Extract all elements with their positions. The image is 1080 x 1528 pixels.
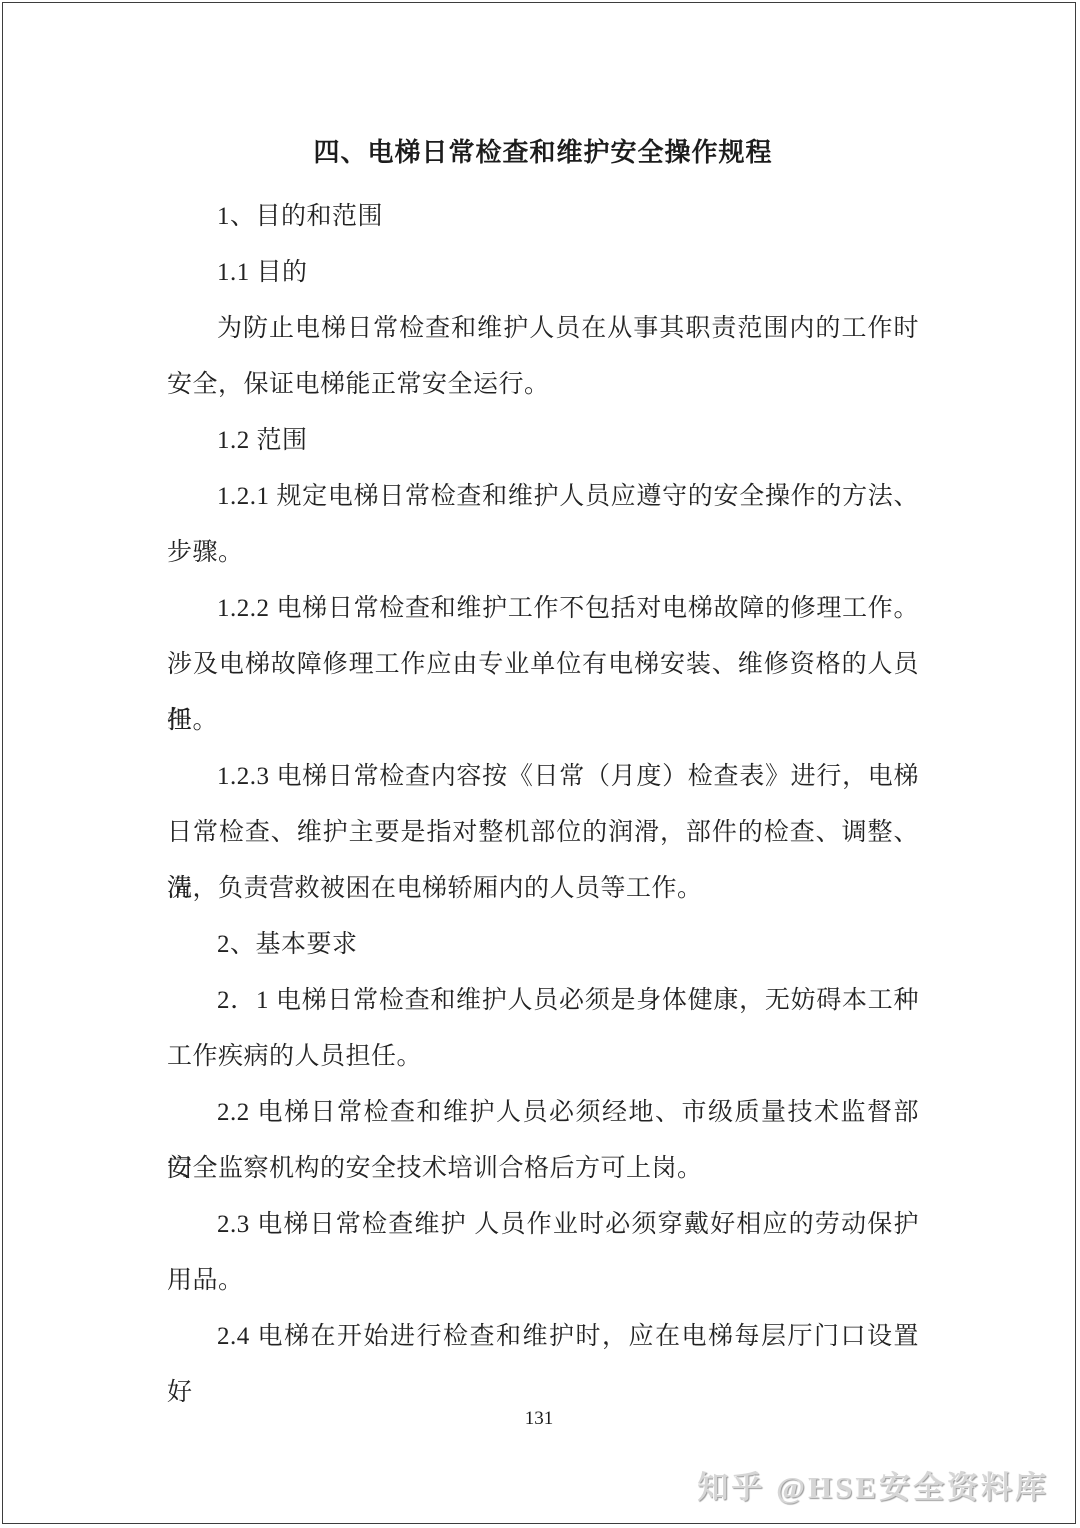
page-number: 131 — [3, 1408, 1075, 1430]
text-line: 2.3 电梯日常检查维护 人员作业时必须穿戴好相应的劳动保护 — [167, 1197, 919, 1253]
text-line: 任。 — [167, 693, 919, 749]
text-line: 1.1 目的 — [167, 245, 919, 301]
document-page: 四、电梯日常检查和维护安全操作规程 1、目的和范围 1.1 目的 为防止电梯日常… — [2, 2, 1076, 1524]
text-line: 1.2.2 电梯日常检查和维护工作不包括对电梯故障的修理工作。 — [167, 581, 919, 637]
text-line: 涉及电梯故障修理工作应由专业单位有电梯安装、维修资格的人员担 — [167, 637, 919, 693]
text-line: 安全，保证电梯能正常安全运行。 — [167, 357, 919, 413]
text-line: 1.2 范围 — [167, 413, 919, 469]
text-line: 2.2 电梯日常检查和维护人员必须经地、市级质量技术监督部门 — [167, 1085, 919, 1141]
text-line: 1.2.3 电梯日常检查内容按《日常（月度）检查表》进行，电梯 — [167, 749, 919, 805]
text-line: 工作疾病的人员担任。 — [167, 1029, 919, 1085]
text-line: 2.4 电梯在开始进行检查和维护时，应在电梯每层厅门口设置好 — [167, 1309, 919, 1365]
text-line: 安全监察机构的安全技术培训合格后方可上岗。 — [167, 1141, 919, 1197]
page-title: 四、电梯日常检查和维护安全操作规程 — [167, 133, 919, 173]
text-line: 步骤。 — [167, 525, 919, 581]
text-line: 洗，负责营救被困在电梯轿厢内的人员等工作。 — [167, 861, 919, 917]
text-line: 为防止电梯日常检查和维护人员在从事其职责范围内的工作时 — [167, 301, 919, 357]
text-line: 2、基本要求 — [167, 917, 919, 973]
text-line: 2．1 电梯日常检查和维护人员必须是身体健康，无妨碍本工种 — [167, 973, 919, 1029]
document-body: 四、电梯日常检查和维护安全操作规程 1、目的和范围 1.1 目的 为防止电梯日常… — [167, 133, 919, 1365]
watermark: 知乎 @HSE安全资料库 — [697, 1462, 1049, 1507]
text-line: 日常检查、维护主要是指对整机部位的润滑，部件的检查、调整、清 — [167, 805, 919, 861]
text-line: 1、目的和范围 — [167, 189, 919, 245]
text-line: 1.2.1 规定电梯日常检查和维护人员应遵守的安全操作的方法、 — [167, 469, 919, 525]
text-line: 用品。 — [167, 1253, 919, 1309]
